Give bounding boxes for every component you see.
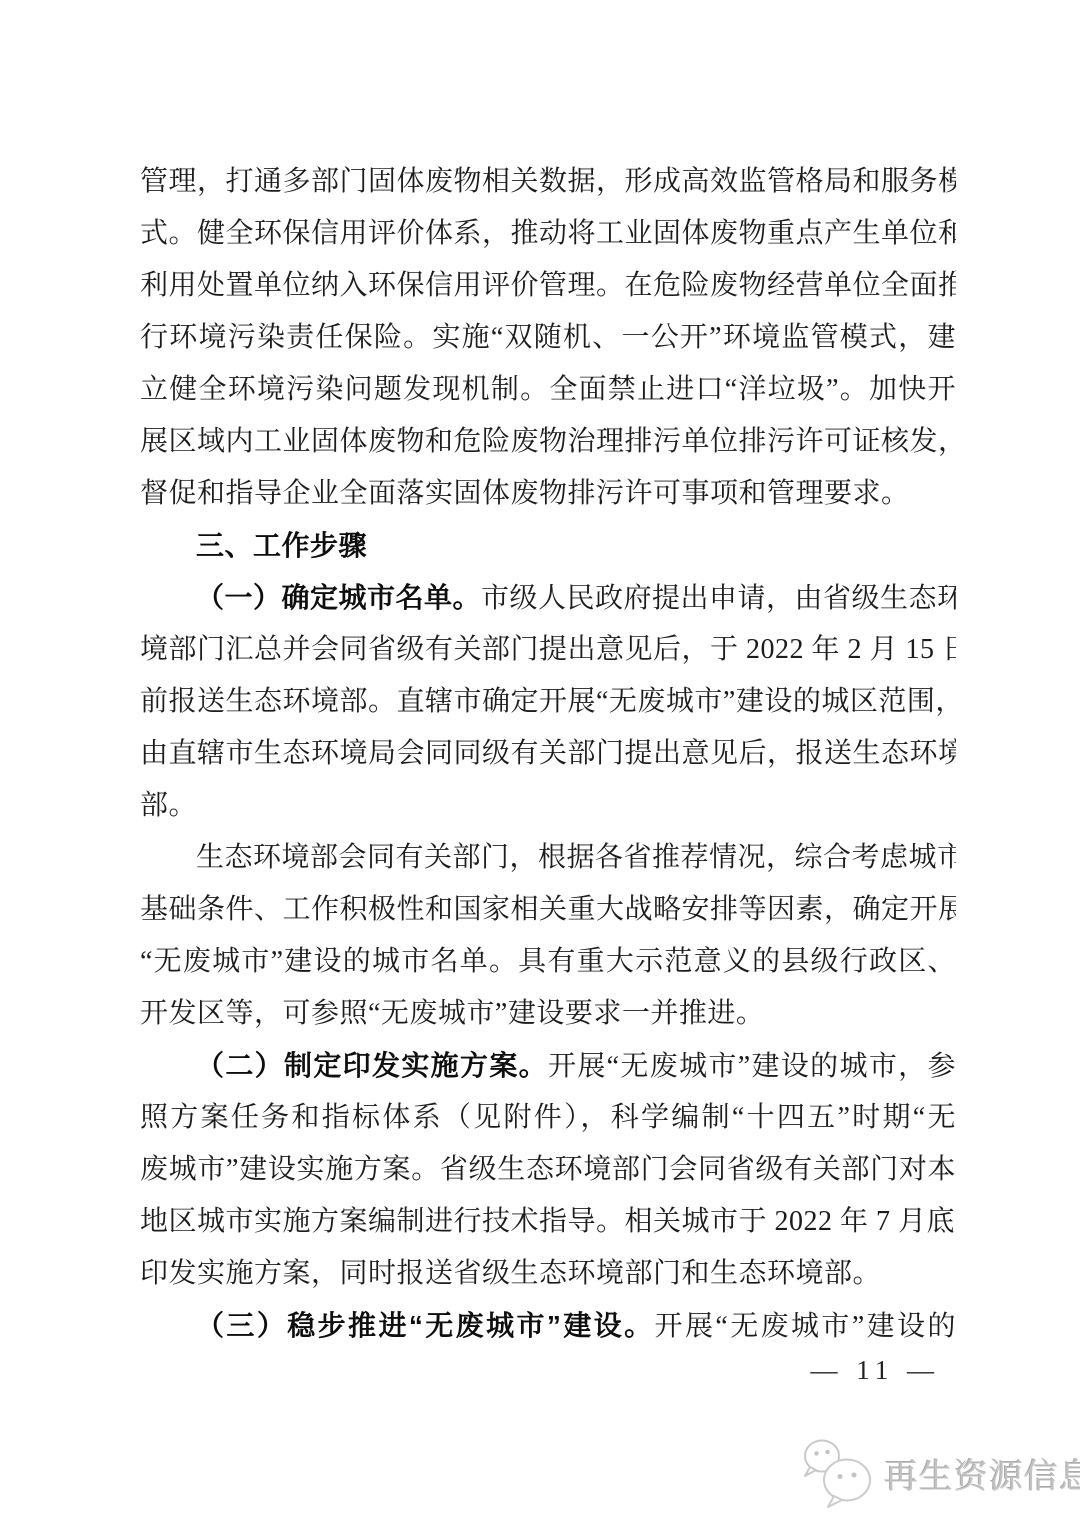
site-watermark: 再生资源信息网 bbox=[800, 1432, 1072, 1514]
text-line: 照方案任务和指标体系（见附件），科学编制“十四五”时期“无 bbox=[140, 1092, 956, 1144]
text-line: （二）制定印发实施方案。开展“无废城市”建设的城市，参 bbox=[140, 1040, 956, 1092]
body-text: 利用处置单位纳入环保信用评价管理。在危险废物经营单位全面推 bbox=[140, 270, 956, 301]
text-line: 部。 bbox=[140, 780, 956, 832]
body-text: 式。健全环保信用评价体系，推动将工业固体废物重点产生单位和 bbox=[140, 218, 956, 249]
text-line: 地区城市实施方案编制进行技术指导。相关城市于 2022 年 7 月底前 bbox=[140, 1196, 956, 1248]
text-line: 展区域内工业固体废物和危险废物治理排污单位排污许可证核发， bbox=[140, 416, 956, 468]
emphasis-text: （二）制定印发实施方案。 bbox=[196, 1050, 548, 1081]
body-text: 开展“无废城市”建设的 bbox=[655, 1311, 956, 1342]
text-line: 印发实施方案，同时报送省级生态环境部门和生态环境部。 bbox=[140, 1248, 956, 1300]
body-text: 生态环境部会同有关部门，根据各省推荐情况，综合考虑城市 bbox=[196, 842, 956, 873]
text-line: 利用处置单位纳入环保信用评价管理。在危险废物经营单位全面推 bbox=[140, 260, 956, 312]
emphasis-text: （三）稳步推进“无废城市”建设。 bbox=[196, 1310, 655, 1341]
body-text: 管理，打通多部门固体废物相关数据，形成高效监管格局和服务模 bbox=[140, 166, 956, 197]
body-text: 照方案任务和指标体系（见附件），科学编制“十四五”时期“无 bbox=[140, 1102, 956, 1133]
body-text: 印发实施方案，同时报送省级生态环境部门和生态环境部。 bbox=[140, 1258, 881, 1289]
text-line: 督促和指导企业全面落实固体废物排污许可事项和管理要求。 bbox=[140, 468, 956, 520]
body-text: 市级人民政府提出申请，由省级生态环 bbox=[481, 583, 956, 614]
site-name: 再生资源信息网 bbox=[884, 1449, 1080, 1498]
text-line: 行环境污染责任保险。实施“双随机、一公开”环境监管模式，建 bbox=[140, 312, 956, 364]
text-line: 生态环境部会同有关部门，根据各省推荐情况，综合考虑城市 bbox=[140, 832, 956, 884]
page-number: — 11 — bbox=[140, 1348, 954, 1392]
text-line: 前报送生态环境部。直辖市确定开展“无废城市”建设的城区范围， bbox=[140, 676, 956, 728]
emphasis-text: （一）确定城市名单。 bbox=[196, 582, 481, 613]
body-text: 立健全环境污染问题发现机制。全面禁止进口“洋垃圾”。加快开 bbox=[140, 374, 956, 405]
body-text: 部。 bbox=[140, 790, 197, 821]
document-page: 管理，打通多部门固体废物相关数据，形成高效监管格局和服务模式。健全环保信用评价体… bbox=[0, 0, 1080, 1527]
text-line: 式。健全环保信用评价体系，推动将工业固体废物重点产生单位和 bbox=[140, 208, 956, 260]
body-text: 前报送生态环境部。直辖市确定开展“无废城市”建设的城区范围， bbox=[140, 686, 956, 717]
text-line: 由直辖市生态环境局会同同级有关部门提出意见后，报送生态环境 bbox=[140, 728, 956, 780]
wechat-chat-bubbles-icon bbox=[800, 1434, 876, 1512]
section-heading: 三、工作步骤 bbox=[140, 520, 956, 572]
body-text: “无废城市”建设的城市名单。具有重大示范意义的县级行政区、 bbox=[140, 946, 956, 977]
body-text: 境部门汇总并会同省级有关部门提出意见后，于 2022 年 2 月 15 日 bbox=[140, 634, 956, 665]
text-line: 立健全环境污染问题发现机制。全面禁止进口“洋垃圾”。加快开 bbox=[140, 364, 956, 416]
body-text: 督促和指导企业全面落实固体废物排污许可事项和管理要求。 bbox=[140, 478, 910, 509]
body-text: 行环境污染责任保险。实施“双随机、一公开”环境监管模式，建 bbox=[140, 322, 956, 353]
body-text: 开发区等，可参照“无废城市”建设要求一并推进。 bbox=[140, 998, 764, 1029]
body-text: 展区域内工业固体废物和危险废物治理排污单位排污许可证核发， bbox=[140, 426, 956, 457]
text-line: （三）稳步推进“无废城市”建设。开展“无废城市”建设的 bbox=[140, 1300, 956, 1352]
text-line: 管理，打通多部门固体废物相关数据，形成高效监管格局和服务模 bbox=[140, 156, 956, 208]
text-line: 境部门汇总并会同省级有关部门提出意见后，于 2022 年 2 月 15 日 bbox=[140, 624, 956, 676]
body-text: 开展“无废城市”建设的城市，参 bbox=[548, 1051, 956, 1082]
body-text: 地区城市实施方案编制进行技术指导。相关城市于 2022 年 7 月底前 bbox=[140, 1206, 956, 1237]
text-line: （一）确定城市名单。市级人民政府提出申请，由省级生态环 bbox=[140, 572, 956, 624]
body-text: 由直辖市生态环境局会同同级有关部门提出意见后，报送生态环境 bbox=[140, 738, 956, 769]
text-line: 废城市”建设实施方案。省级生态环境部门会同省级有关部门对本 bbox=[140, 1144, 956, 1196]
body-text: 废城市”建设实施方案。省级生态环境部门会同省级有关部门对本 bbox=[140, 1154, 956, 1185]
text-line: 开发区等，可参照“无废城市”建设要求一并推进。 bbox=[140, 988, 956, 1040]
body-text: 基础条件、工作积极性和国家相关重大战略安排等因素，确定开展 bbox=[140, 894, 956, 925]
body-lines: 管理，打通多部门固体废物相关数据，形成高效监管格局和服务模式。健全环保信用评价体… bbox=[140, 156, 956, 1352]
emphasis-text: 三、工作步骤 bbox=[196, 530, 367, 561]
text-line: 基础条件、工作积极性和国家相关重大战略安排等因素，确定开展 bbox=[140, 884, 956, 936]
text-line: “无废城市”建设的城市名单。具有重大示范意义的县级行政区、 bbox=[140, 936, 956, 988]
